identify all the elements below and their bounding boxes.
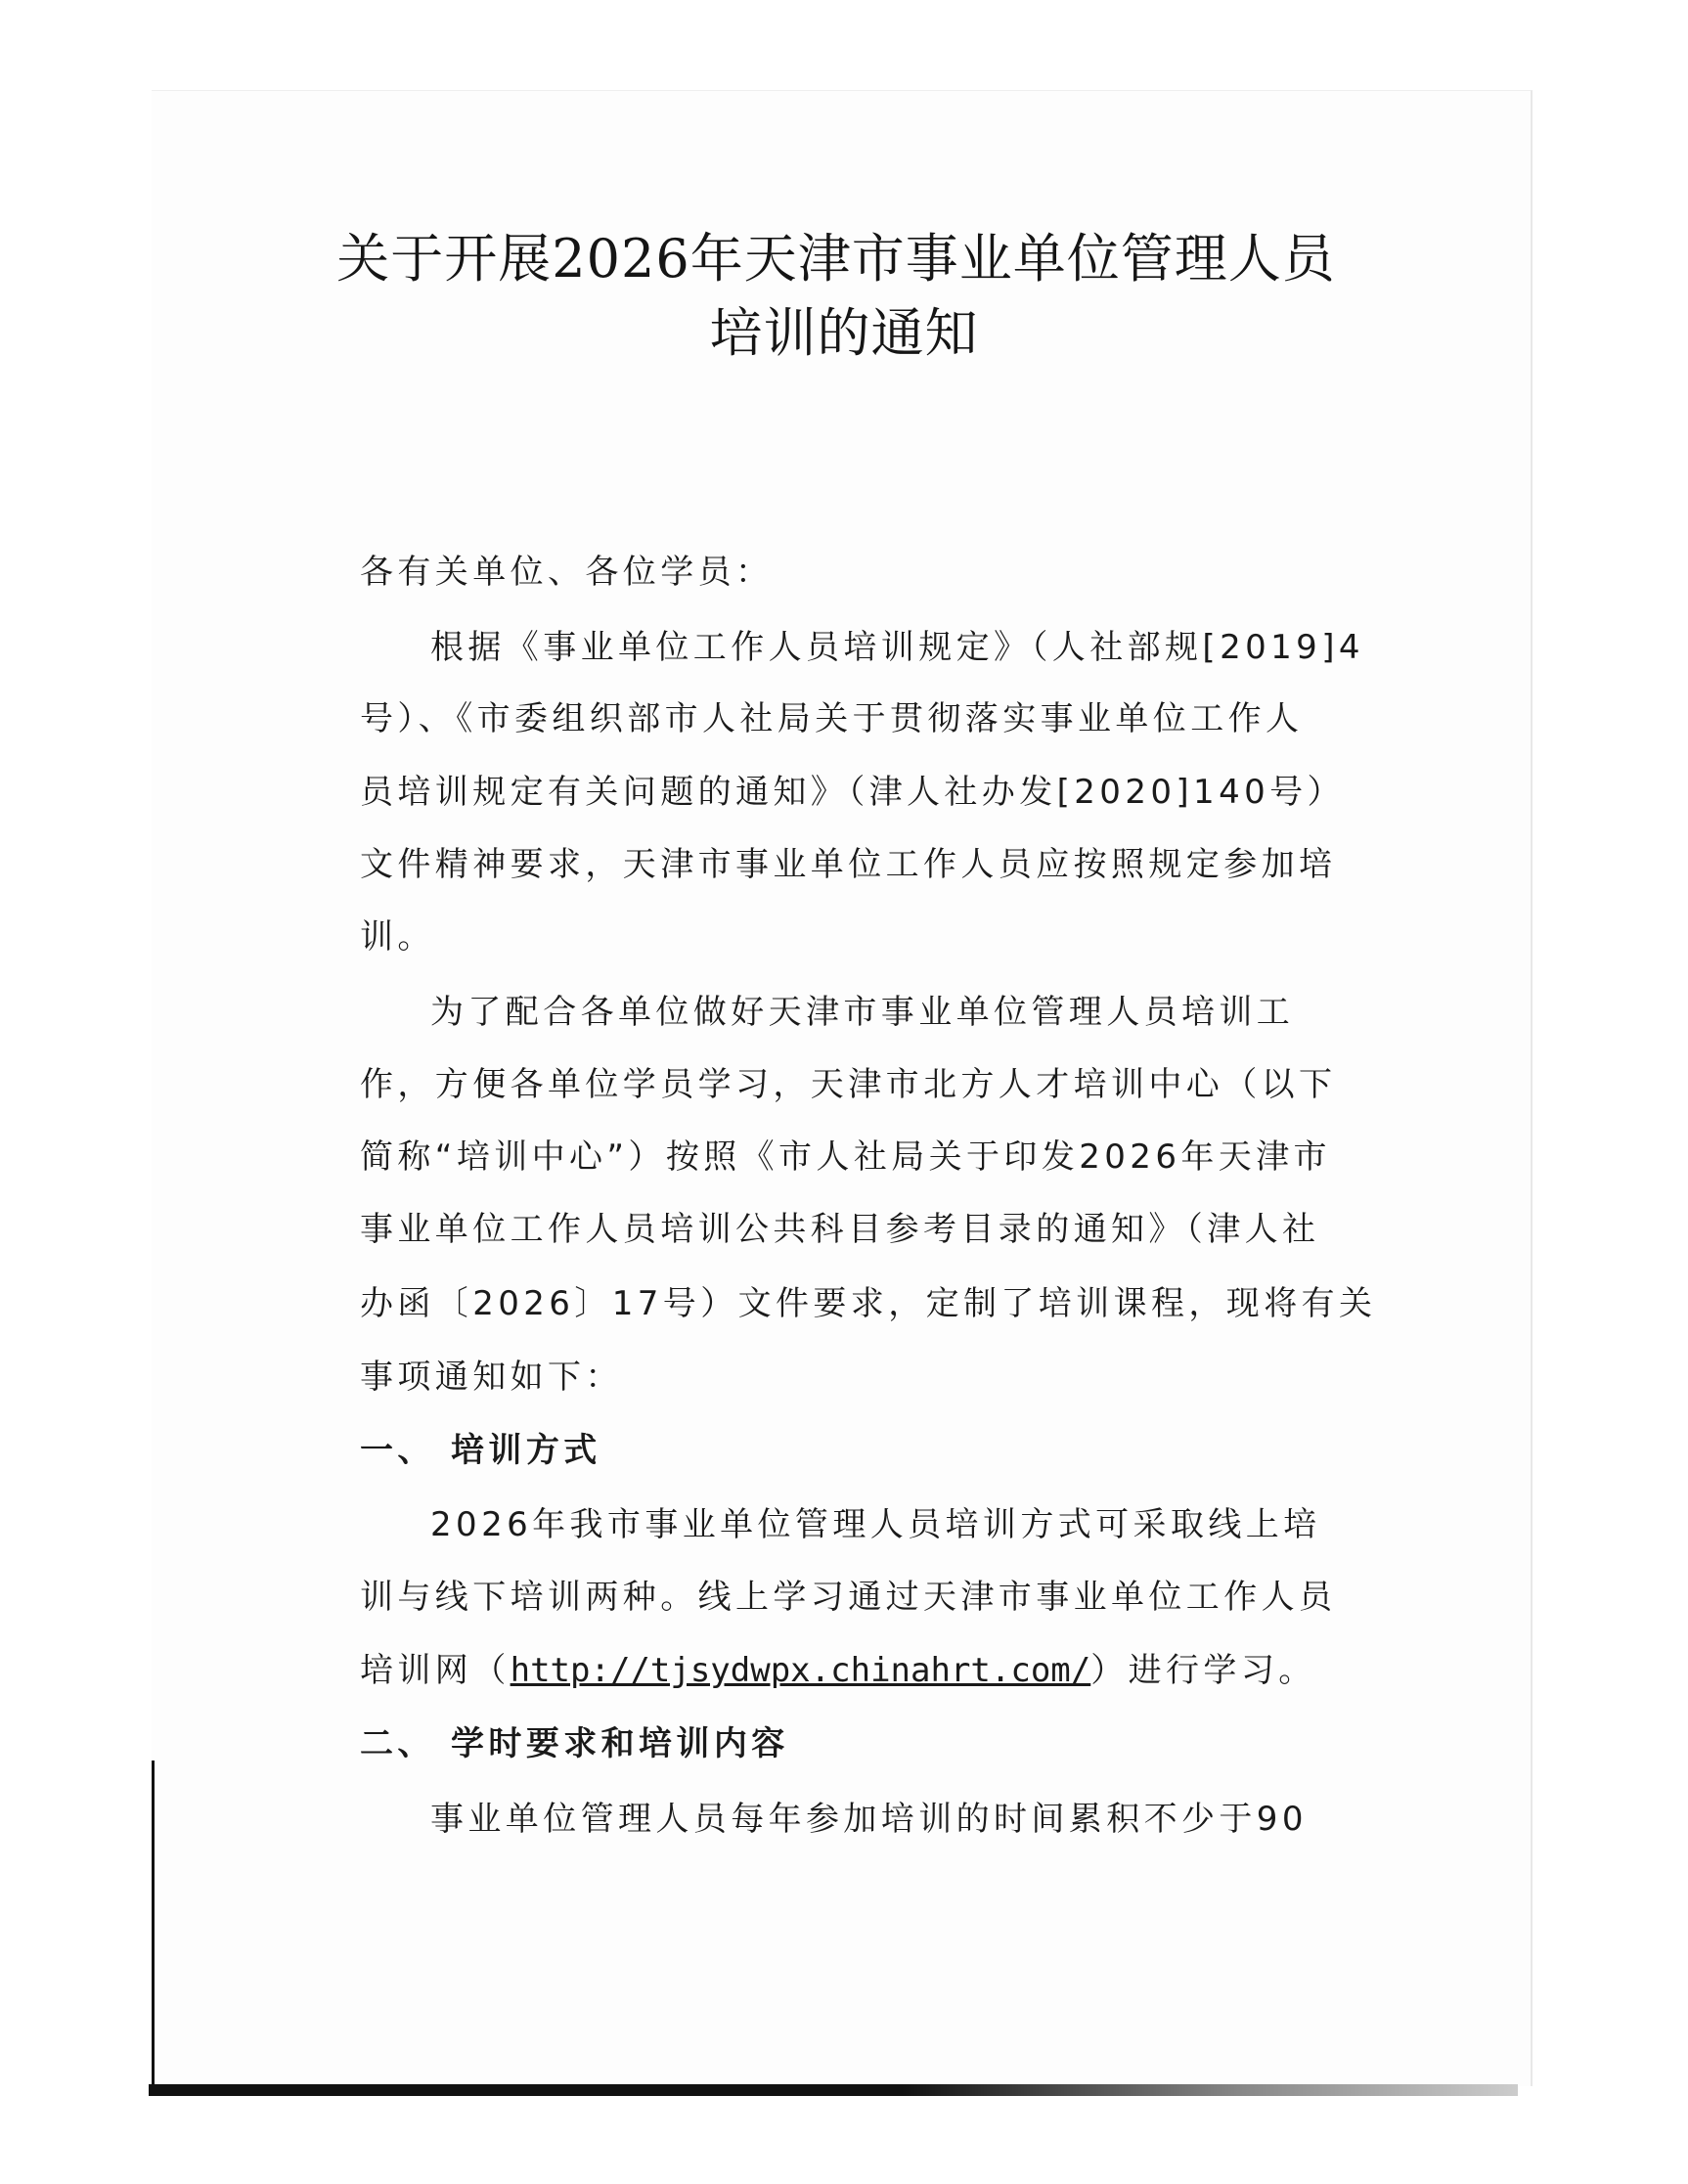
section-1-line-with-link: 培训网（http://tjsydwpx.chinahrt.com/）进行学习。 xyxy=(360,1654,1309,1687)
section-1-line: 训与线下培训两种。线上学习通过天津市事业单位工作人员 xyxy=(360,1581,1309,1614)
paragraph-1-line: 文件精神要求，天津市事业单位工作人员应按照规定参加培 xyxy=(360,848,1309,881)
scan-edge-left xyxy=(152,1761,155,2088)
paragraph-1-line: 号）、《市委组织部市人社局关于贯彻落实事业单位工作人 xyxy=(360,702,1309,735)
section-1-line: 2026年我市事业单位管理人员培训方式可采取线上培 xyxy=(430,1508,1379,1541)
training-website-link[interactable]: http://tjsydwpx.chinahrt.com/ xyxy=(511,1651,1091,1690)
section-1-link-suffix: ）进行学习。 xyxy=(1090,1651,1315,1690)
paragraph-1-line: 员培训规定有关问题的通知》（津人社办发[2020]140号） xyxy=(360,776,1309,809)
salutation: 各有关单位、各位学员： xyxy=(360,556,1309,589)
paragraph-2-line: 作，方便各单位学员学习，天津市北方人才培训中心（以下 xyxy=(360,1068,1309,1101)
document-title-line-2: 培训的通知 xyxy=(0,307,1688,360)
paragraph-2-line: 事业单位工作人员培训公共科目参考目录的通知》（津人社 xyxy=(360,1213,1309,1246)
section-2-line: 事业单位管理人员每年参加培训的时间累积不少于90 xyxy=(430,1803,1379,1836)
paragraph-1-line: 根据《事业单位工作人员培训规定》（人社部规[2019]4 xyxy=(430,631,1379,664)
paragraph-2-line: 办函〔2026〕17号）文件要求，定制了培训课程，现将有关 xyxy=(360,1287,1309,1320)
section-1-heading: 一、 培训方式 xyxy=(360,1434,1309,1467)
section-2-heading: 二、 学时要求和培训内容 xyxy=(360,1727,1309,1761)
document-title-line-1: 关于开展2026年天津市事业单位管理人员 xyxy=(0,233,1680,286)
scan-edge-bottom xyxy=(149,2084,1518,2096)
section-1-link-prefix: 培训网（ xyxy=(360,1651,511,1690)
paragraph-2-line: 事项通知如下： xyxy=(360,1360,1309,1394)
paragraph-2-line: 简称“培训中心”）按照《市人社局关于印发2026年天津市 xyxy=(360,1140,1309,1174)
paragraph-1-line: 训。 xyxy=(360,920,1309,954)
paragraph-2-line: 为了配合各单位做好天津市事业单位管理人员培训工 xyxy=(430,996,1379,1029)
